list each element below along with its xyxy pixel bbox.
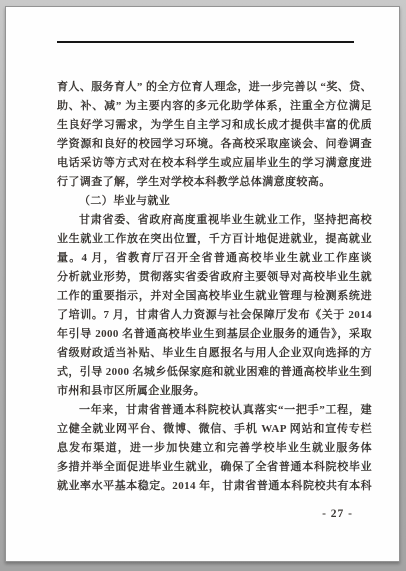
text-line: 立健全就业网平台、微博、微信、手机 WAP 网站和宣传专栏等信: [57, 420, 372, 439]
text-line: 多措并举全面促进毕业生就业，确保了全省普通本科院校毕业生: [57, 458, 372, 477]
text-line: 就业率水平基本稳定。2014 年，甘肃省普通本科院校共有本科: [57, 477, 372, 496]
text-line: 行了调查了解，学生对学校本科教学总体满意度较高。: [57, 173, 372, 192]
header-rule: [57, 41, 354, 43]
text-line: 电话采访等方式对在校本科学生或应届毕业生的学习满意度进: [57, 154, 372, 173]
document-page: 育人、服务育人” 的全方位育人理念，进一步完善以 “奖、贷、助、补、减” 为主要…: [5, 6, 400, 562]
text-line: 量。4 月，省教育厅召开全省普通高校毕业生就业工作座谈会，: [57, 249, 372, 268]
scanned-page-background: 育人、服务育人” 的全方位育人理念，进一步完善以 “奖、贷、助、补、减” 为主要…: [0, 0, 406, 571]
text-line: 息发布渠道，进一步加快建立和完善学校毕业生就业服务体系，: [57, 439, 372, 458]
text-line: 学资源和良好的校园学习环境。各高校采取座谈会、问卷调查和: [57, 135, 372, 154]
page-number: - 27 -: [322, 508, 353, 520]
text-line: 年引导 2000 名普通高校毕业生到基层企业服务的通告》，采取: [57, 325, 372, 344]
text-line: 分析就业形势，贯彻落实省委省政府主要领导对高校毕业生就业: [57, 268, 372, 287]
body-text: 育人、服务育人” 的全方位育人理念，进一步完善以 “奖、贷、助、补、减” 为主要…: [57, 78, 372, 496]
text-line: 了培训。7 月，甘肃省人力资源与社会保障厅发布《关于 2014: [57, 306, 372, 325]
text-line: 助、补、减” 为主要内容的多元化助学体系，注重全方位满足学: [57, 97, 372, 116]
text-line: 生良好学习需求，为学生自主学习和成长成才提供丰富的优质教: [57, 116, 372, 135]
section-heading: （二）毕业与就业: [57, 192, 372, 211]
text-line: 市州和县市区所属企业服务。: [57, 382, 372, 401]
text-line: 育人、服务育人” 的全方位育人理念，进一步完善以 “奖、贷、: [57, 78, 372, 97]
text-line: 业生就业工作放在突出位置，千方百计地促进就业，提高就业质: [57, 230, 372, 249]
text-line: 省级财政适当补贴、毕业生自愿报名与用人企业双向选择的方: [57, 344, 372, 363]
text-line: 一年来，甘肃省普通本科院校认真落实“一把手”工程，建: [57, 401, 372, 420]
text-line: 工作的重要指示，并对全国高校毕业生就业管理与检测系统进行: [57, 287, 372, 306]
text-line: 式，引导 2000 名城乡低保家庭和就业困难的普通高校毕业生到: [57, 363, 372, 382]
text-line: 甘肃省委、省政府高度重视毕业生就业工作，坚持把高校毕: [57, 211, 372, 230]
